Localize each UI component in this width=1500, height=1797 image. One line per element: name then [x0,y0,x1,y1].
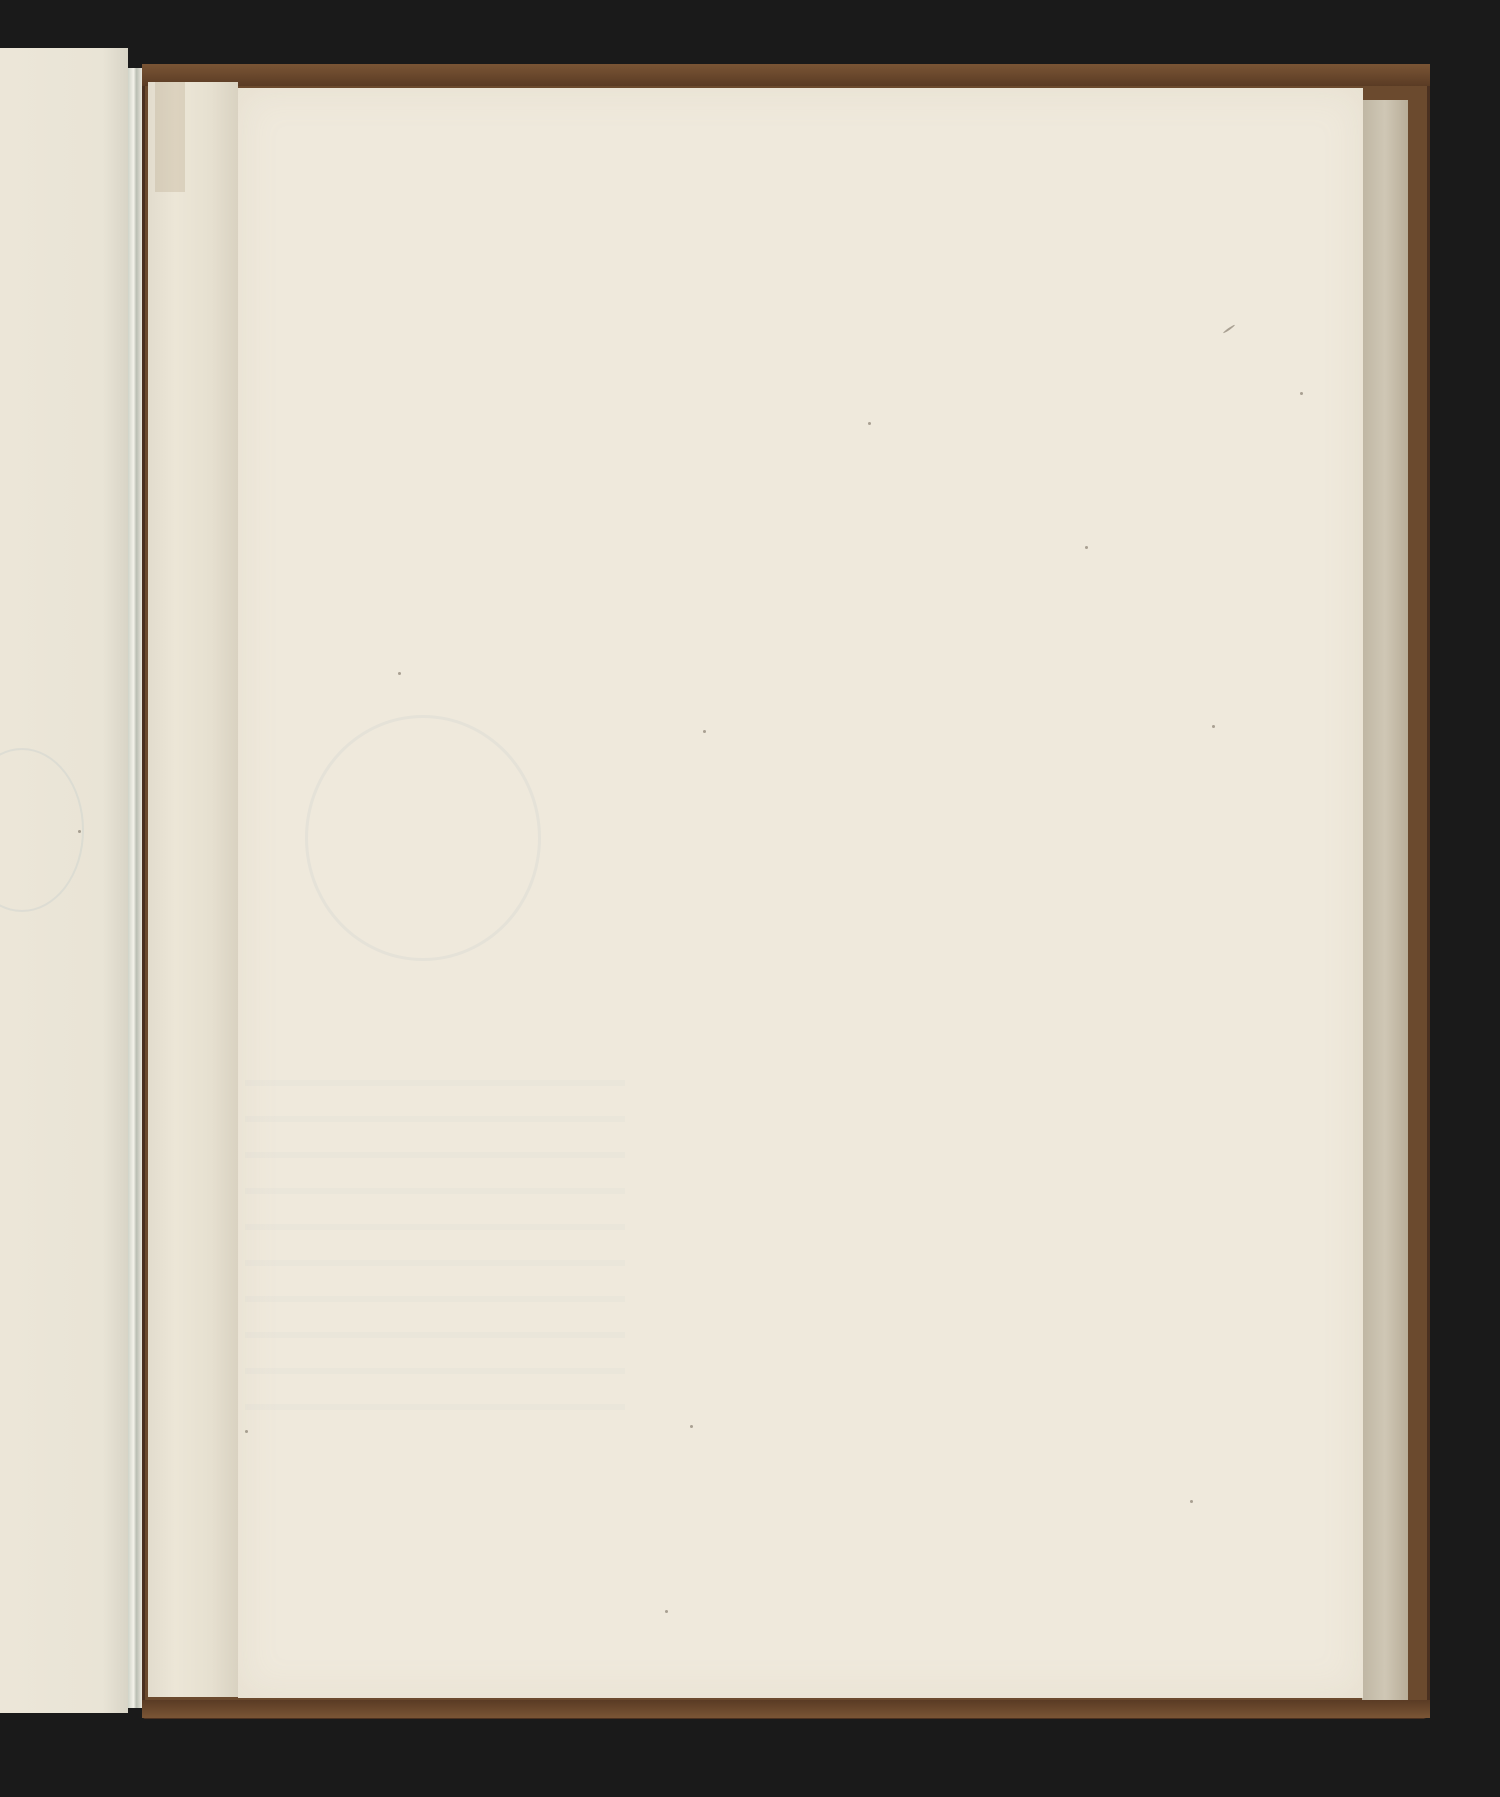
cover-turn-in [1362,100,1408,1700]
paper-speck [868,422,871,425]
paper-speck [1212,725,1215,728]
hinge-strip [148,82,238,1697]
paper-speck [1300,392,1303,395]
book-gutter [128,68,142,1708]
bleed-through-text [245,1080,625,1420]
paper-speck [398,672,401,675]
cover-bottom-edge [142,1700,1430,1718]
bleed-through-vignette [305,715,541,961]
paper-speck [1190,1500,1193,1503]
left-page-fragment [0,48,128,1713]
paper-speck [703,730,706,733]
paper-speck [78,830,81,833]
bleed-through-mark [0,748,84,912]
paper-speck [1085,546,1088,549]
paper-speck [665,1610,668,1613]
paper-speck [245,1430,248,1433]
paper-speck [690,1425,693,1428]
cover-top-edge [142,64,1430,86]
stain [155,82,185,192]
